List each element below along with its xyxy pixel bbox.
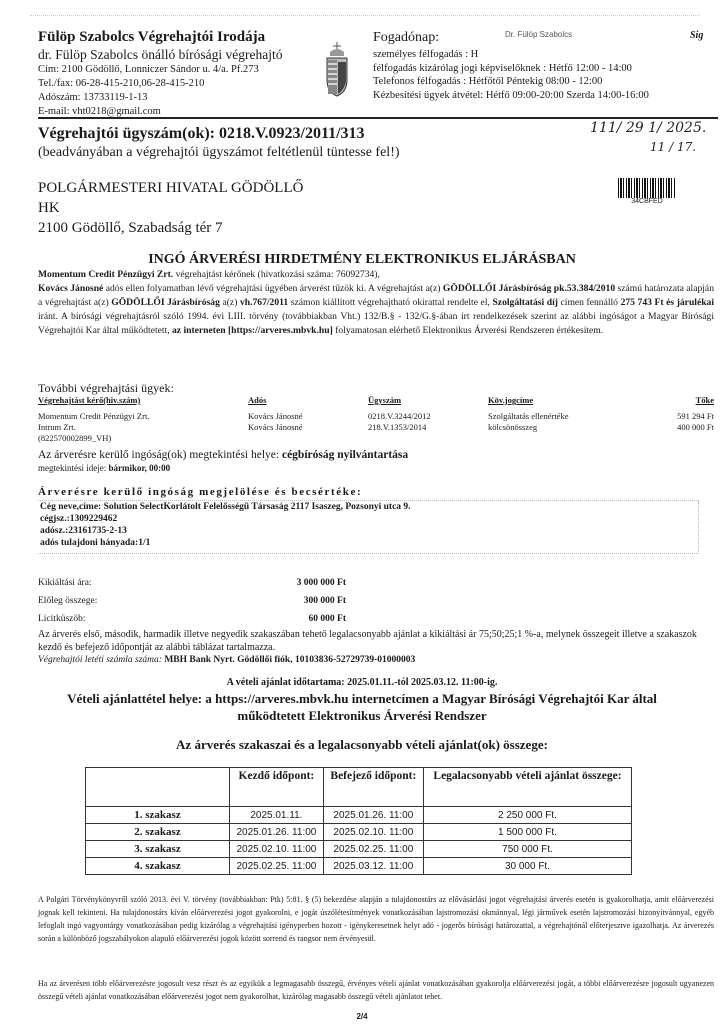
handwritten-date: 111/ 29 1/ 2025.	[590, 120, 706, 136]
case-number: Végrehajtói ügyszám(ok): 0218.V.0923/201…	[38, 124, 365, 144]
column-header: Kezdő időpont:	[230, 768, 324, 807]
recipient-name: POLGÁRMESTERI HIVATAL GÖDÖLLŐ	[38, 178, 303, 198]
column-header: Végrehajtást kérő(hiv.szám)	[38, 395, 140, 405]
table-header: Kezdő időpont: Befejező időpont: Legalac…	[86, 768, 632, 807]
notice-paragraph: Momentum Credit Pénzügyi Zrt. végrehajtá…	[38, 268, 714, 338]
office-phone: Tel./fax: 06-28-415-210,06-28-415-210	[38, 77, 328, 91]
office-name: Fülöp Szabolcs Végrehajtói Irodája	[38, 28, 328, 46]
item-line: adós tulajdoni hányada:1/1	[38, 537, 698, 549]
column-header: Befejező időpont:	[323, 768, 423, 807]
stage-end: 2025.02.10. 11:00	[323, 824, 423, 841]
notice-text: folyamatosan elérhető Elektronikus Árver…	[333, 325, 603, 336]
recipient-dept: HK	[38, 198, 303, 218]
signature-scribble: Sig	[690, 30, 703, 41]
signature-stamp: Dr. Fülöp Szabolcs	[505, 30, 572, 39]
table-row: Momentum Credit Pénzügyi Zrt. Kovács Ján…	[38, 411, 714, 422]
notice-text: a(z)	[220, 297, 240, 308]
enforcement-number: vh.767/2011	[240, 297, 288, 308]
cell: 400 000 Ft	[618, 422, 714, 433]
court-reference: GÖDÖLLŐI Járásbíróság pk.53.384/2010	[443, 283, 615, 294]
cell: Szolgáltatás ellenértéke	[488, 411, 618, 422]
price-row: Kikiáltási ára:3 000 000 Ft	[38, 574, 398, 592]
officer-name: dr. Fülöp Szabolcs önálló bírósági végre…	[38, 46, 328, 63]
reception-line: Kézbesítési ügyek átvétel: Hétfő 09:00-2…	[373, 89, 713, 103]
table-row: 3. szakasz 2025.02.10. 11:00 2025.02.25.…	[86, 841, 632, 858]
cell: Momentum Credit Pénzügyi Zrt.	[38, 411, 248, 422]
notice-text: számon kiállított végrehajtható okiratta…	[288, 297, 492, 308]
price-label: Licitküszöb:	[38, 610, 86, 628]
document-title: INGÓ ÁRVERÉSI HIRDETMÉNY ELEKTRONIKUS EL…	[0, 252, 724, 268]
column-header: Adós	[248, 395, 266, 405]
scan-artifact-line	[30, 15, 700, 17]
stage-start: 2025.02.10. 11:00	[230, 841, 324, 858]
cell: Kovács Jánosné	[248, 411, 368, 422]
stage-min-offer: 30 000 Ft.	[423, 858, 631, 875]
reception-hours: Fogadónap: személyes félfogadás : H félf…	[373, 28, 713, 102]
cell: Kovács Jánosné	[248, 422, 368, 433]
viewing-time-label: megtekintési ideje:	[38, 463, 108, 473]
barcode-icon	[618, 178, 676, 198]
deposit-label: Végrehajtói letéti számla száma:	[38, 655, 164, 665]
stage-end: 2025.03.12. 11:00	[323, 858, 423, 875]
price-value: 3 000 000 Ft	[297, 574, 398, 592]
stages-title: Az árverés szakaszai és a legalacsonyabb…	[0, 737, 724, 753]
notice-text: címen fennálló	[558, 297, 621, 308]
notice-text: adós ellen folyamatban lévő végrehajtási…	[103, 283, 443, 294]
viewing-place-label: Az árverésre kerülő ingóság(ok) megtekin…	[38, 449, 282, 461]
reception-line: személyes félfogadás : H	[373, 48, 713, 62]
further-cases-title: További végrehajtási ügyek:	[38, 381, 174, 396]
stage-min-offer: 2 250 000 Ft.	[423, 807, 631, 824]
price-list: Kikiáltási ára:3 000 000 Ft Előleg össze…	[38, 574, 398, 628]
stage-start: 2025.01.11.	[230, 807, 324, 824]
stage-min-offer: 750 000 Ft.	[423, 841, 631, 858]
stage-info: Az árverés első, második, harmadik illet…	[38, 628, 714, 654]
cell: Intrum Zrt.	[38, 422, 248, 433]
table-row: Intrum Zrt. Kovács Jánosné 218.V.1353/20…	[38, 422, 714, 433]
stage-label: 4. szakasz	[86, 858, 230, 875]
column-header: Legalacsonyabb vételi ajánlat összege:	[423, 768, 631, 807]
viewing-place: Az árverésre kerülő ingóság(ok) megtekin…	[38, 448, 408, 462]
header-divider	[38, 117, 718, 119]
preemption-paragraph-2: Ha az árverésen több előárverezésre jogo…	[38, 977, 714, 1003]
viewing-time: megtekintési ideje: bármikor, 00:00	[38, 463, 170, 473]
reception-line: Telefonos félfogadás : Hétfőtől Péntekig…	[373, 75, 713, 89]
further-cases-table: Végrehajtást kérő(hiv.szám) Adós Ügyszám…	[38, 395, 714, 444]
cell: 218.V.1353/2014	[368, 422, 488, 433]
claim-type: Szolgáltatási díj	[492, 297, 557, 308]
stages-table: Kezdő időpont: Befejező időpont: Legalac…	[85, 767, 632, 875]
handwritten-ref: 11 / 17.	[650, 140, 696, 154]
viewing-place-value: cégbíróság nyilvántartása	[282, 449, 408, 461]
stage-min-offer: 1 500 000 Ft.	[423, 824, 631, 841]
price-row: Licitküszöb:60 000 Ft	[38, 610, 398, 628]
cell: 0218.V.3244/2012	[368, 411, 488, 422]
column-header	[86, 768, 230, 807]
price-label: Kikiáltási ára:	[38, 574, 92, 592]
column-header: Ügyszám	[368, 395, 401, 405]
item-line: cégjsz.:1309229462	[38, 513, 698, 525]
case-note: (beadványában a végrehajtói ügyszámot fe…	[38, 144, 400, 162]
court-name: GÖDÖLLŐI Járásbíróság	[111, 297, 220, 308]
column-header: Tőke	[696, 395, 714, 405]
table-row: (822570002899_VH)	[38, 433, 714, 444]
stage-end: 2025.01.26. 11:00	[323, 807, 423, 824]
reception-line: félfogadás kizárólag jogi képviselőknek …	[373, 62, 713, 76]
notice-text: végrehajtást kérőnek (hivatkozási száma:…	[173, 269, 380, 280]
table-row: 4. szakasz 2025.02.25. 11:00 2025.03.12.…	[86, 858, 632, 875]
table-row: 1. szakasz 2025.01.11. 2025.01.26. 11:00…	[86, 807, 632, 824]
auction-url[interactable]: az interneten [https://arveres.mbvk.hu]	[172, 325, 333, 336]
preemption-paragraph: A Polgári Törvénykönyvről szóló 2013. év…	[38, 893, 714, 945]
office-address: Cím: 2100 Gödöllő, Lonniczer Sándor u. 4…	[38, 63, 328, 77]
price-label: Előleg összege:	[38, 592, 97, 610]
price-value: 60 000 Ft	[309, 610, 398, 628]
barcode-label: 34CBFED	[618, 198, 676, 205]
stage-start: 2025.01.26. 11:00	[230, 824, 324, 841]
cell: 591 294 Ft	[618, 411, 714, 422]
cell: kölcsönösszeg	[488, 422, 618, 433]
deposit-account: Végrehajtói letéti számla száma: MBH Ban…	[38, 655, 415, 665]
item-description: Cég neve,címe: Solution SelectKorlátolt …	[38, 500, 699, 554]
column-header: Köv.jogcíme	[488, 395, 533, 405]
stage-label: 2. szakasz	[86, 824, 230, 841]
cell: (822570002899_VH)	[38, 433, 248, 444]
item-line: adósz.:23161735-2-13	[38, 525, 698, 537]
price-value: 300 000 Ft	[304, 592, 398, 610]
item-heading: Árverésre kerülő ingóság megjelölése és …	[38, 486, 362, 498]
page-number: 2/4	[0, 1012, 724, 1021]
table-row: 2. szakasz 2025.01.26. 11:00 2025.02.10.…	[86, 824, 632, 841]
item-line: Cég neve,címe: Solution SelectKorlátolt …	[38, 501, 698, 513]
table-header: Végrehajtást kérő(hiv.szám) Adós Ügyszám…	[38, 395, 714, 406]
deposit-value: MBH Bank Nyrt. Gödöllői fiók, 10103836-5…	[164, 655, 415, 665]
hungarian-coat-of-arms-icon	[322, 40, 352, 100]
offer-period: A vételi ajánlat időtartama: 2025.01.11.…	[0, 677, 724, 688]
viewing-time-value: bármikor, 00:00	[108, 463, 170, 473]
stage-start: 2025.02.25. 11:00	[230, 858, 324, 875]
office-tax-id: Adószám: 13733119-1-13	[38, 91, 328, 105]
price-row: Előleg összege:300 000 Ft	[38, 592, 398, 610]
office-header: Fülöp Szabolcs Végrehajtói Irodája dr. F…	[38, 28, 328, 119]
offer-place: Vételi ajánlattétel helye: a https://arv…	[60, 690, 664, 724]
creditor-name: Momentum Credit Pénzügyi Zrt.	[38, 269, 173, 280]
stage-label: 1. szakasz	[86, 807, 230, 824]
stage-end: 2025.02.25. 11:00	[323, 841, 423, 858]
stage-label: 3. szakasz	[86, 841, 230, 858]
recipient-address: 2100 Gödöllő, Szabadság tér 7	[38, 218, 303, 238]
claim-amount: 275 743 Ft és járulékai	[621, 297, 714, 308]
debtor-name: Kovács Jánosné	[38, 283, 103, 294]
recipient-block: POLGÁRMESTERI HIVATAL GÖDÖLLŐ HK 2100 Gö…	[38, 178, 303, 238]
